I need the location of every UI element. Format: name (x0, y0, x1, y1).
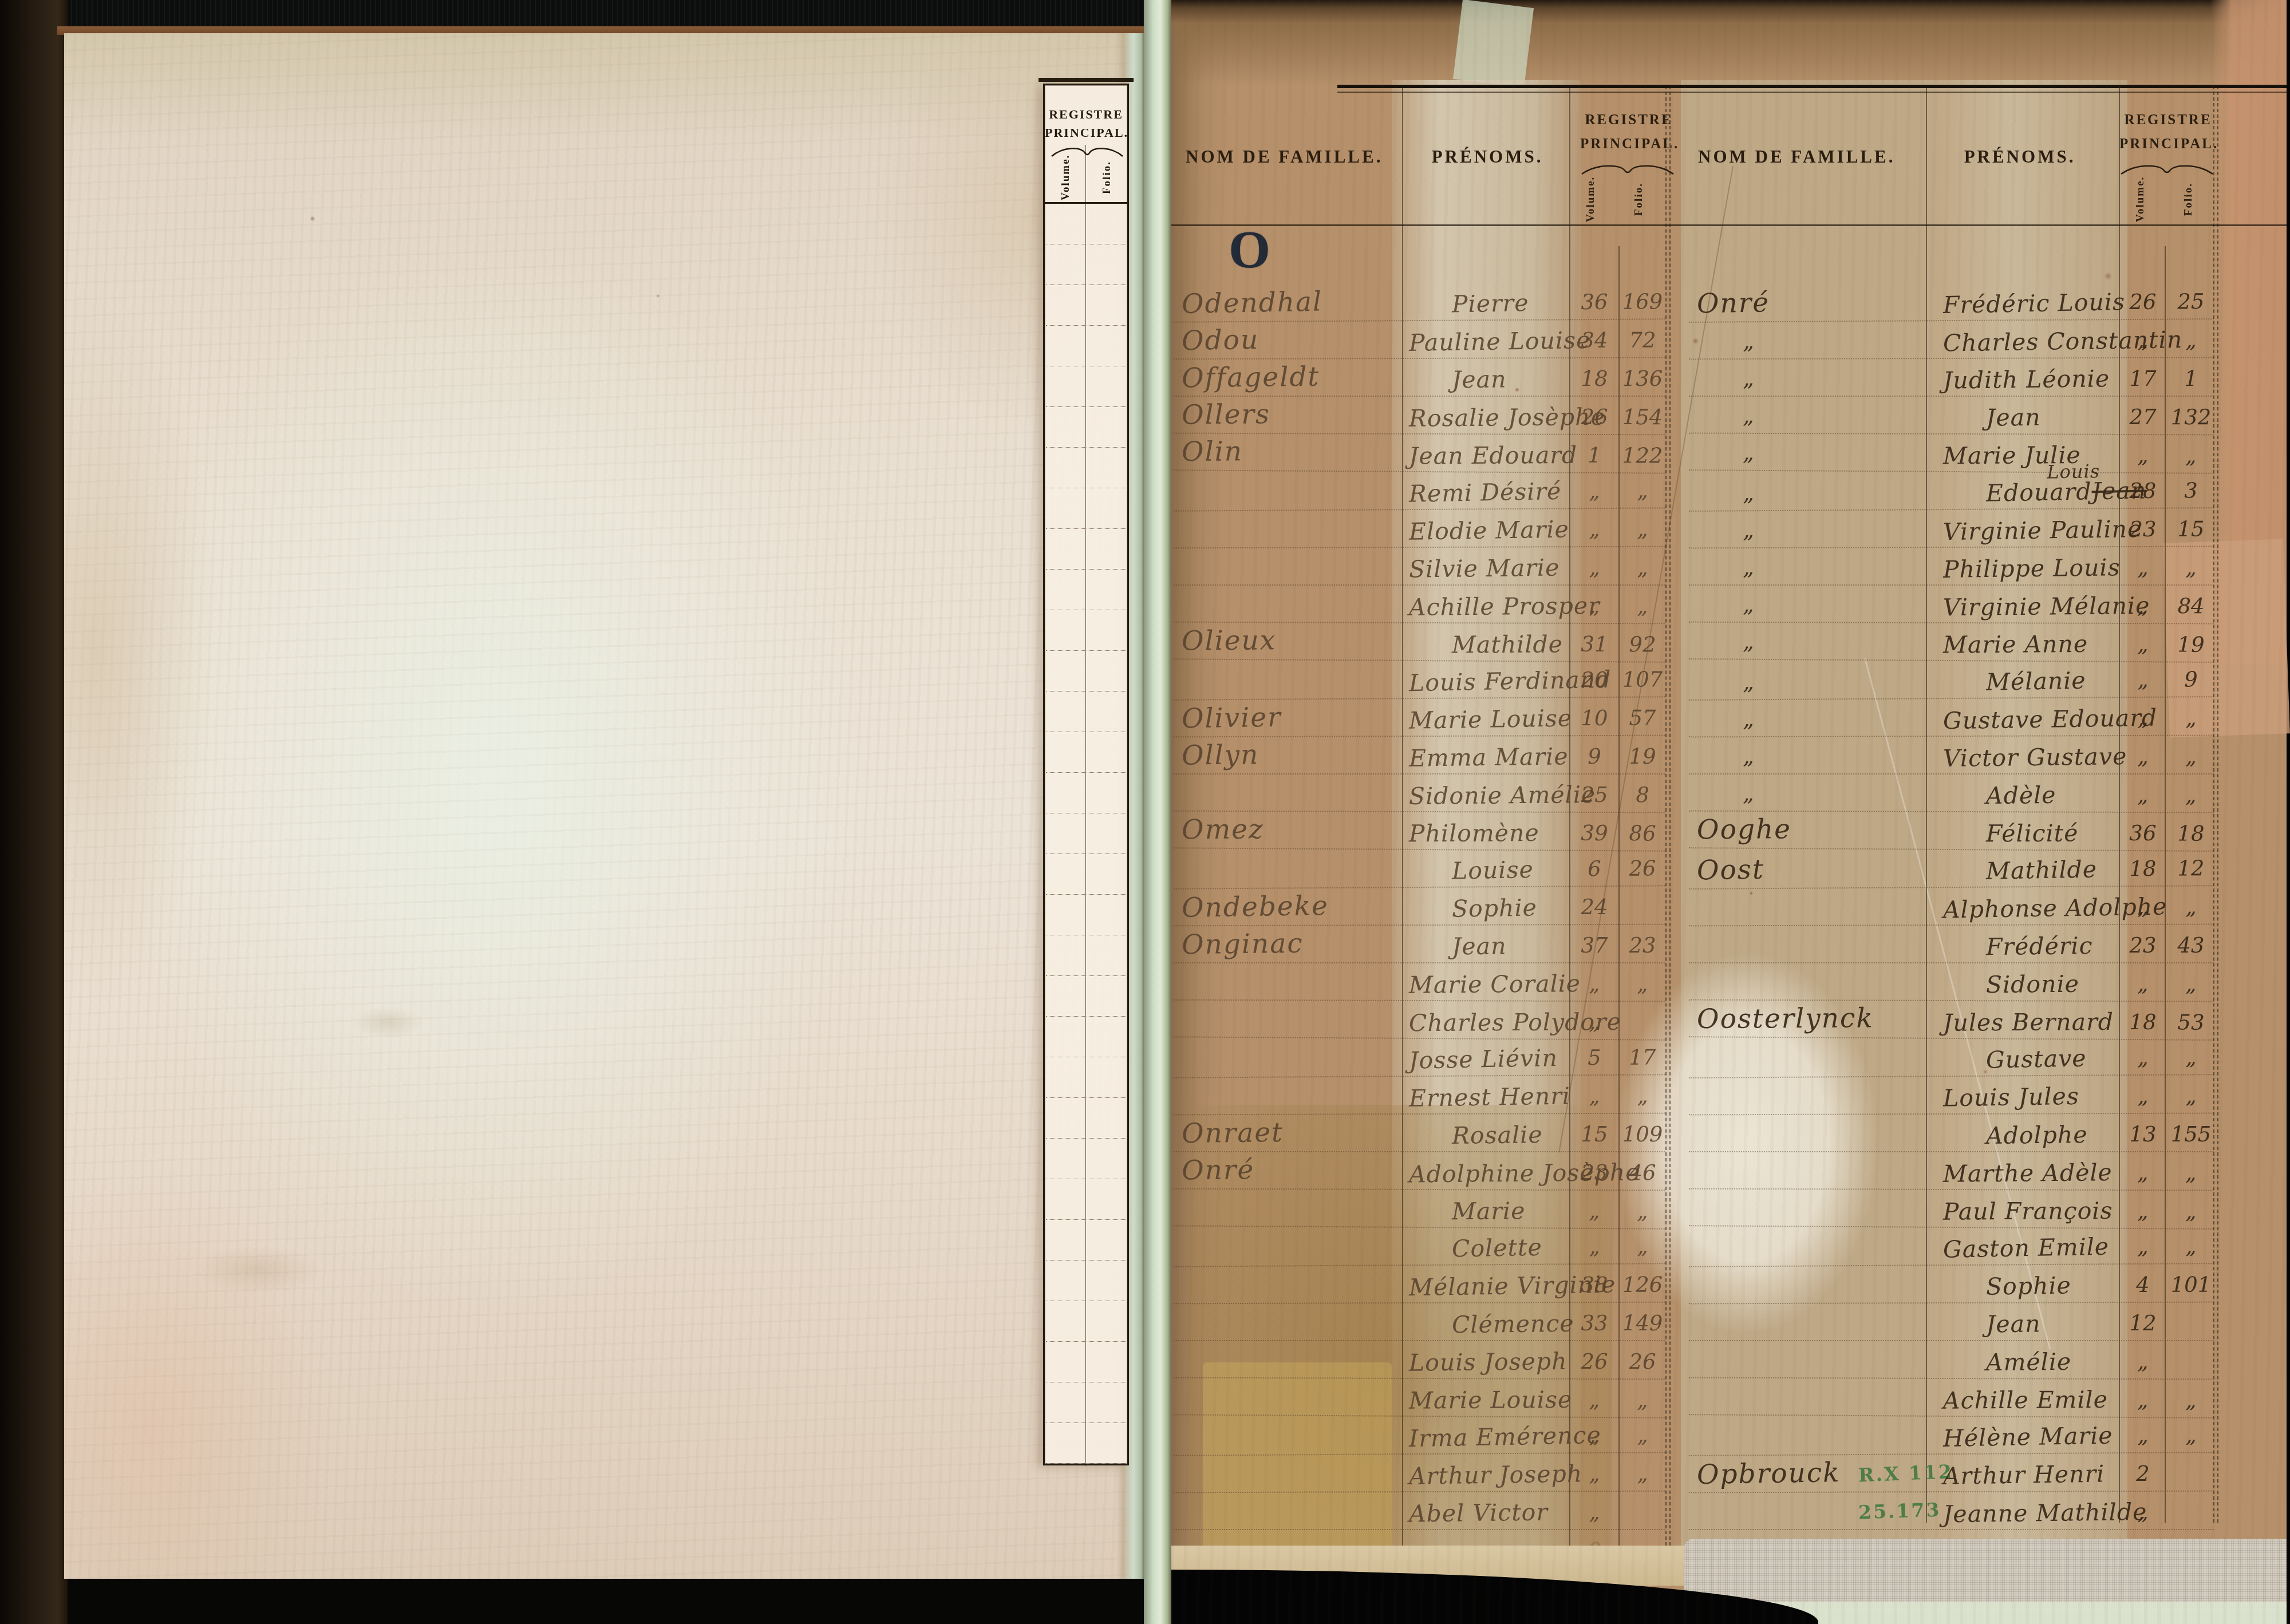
folio-number: 107 (1618, 667, 1667, 692)
given-name: Gustave (1986, 1044, 2087, 1073)
table-top-rule (1337, 85, 2287, 88)
volume-number: 18 (2120, 1010, 2166, 1035)
volume-number: 25 (1570, 783, 1618, 807)
volume-number: 39 (1570, 821, 1618, 846)
empty-grid-row (1045, 1220, 1127, 1261)
section-letter: O (1229, 219, 1270, 280)
table-row: OlieuxMathilde3192 (1171, 622, 1667, 662)
given-name: Clémence (1452, 1310, 1574, 1339)
volume-number: 26 (1570, 1349, 1618, 1374)
green-annotation: 25.173 (1858, 1498, 1941, 1523)
folio-number: „ (1618, 478, 1667, 503)
volume-number: „ (2120, 555, 2166, 580)
volume-number: „ (1570, 594, 1618, 618)
empty-grid-row (1045, 1423, 1127, 1464)
folio-number: „ (2166, 1199, 2216, 1224)
table-row: Irma Emérence„„ (1171, 1415, 1667, 1456)
given-name: Adolphe (1986, 1121, 2088, 1149)
given-name: Arthur Joseph (1409, 1460, 1583, 1490)
folio-number: „ (1618, 555, 1667, 580)
volume-number: 37 (1570, 933, 1618, 958)
given-name: Marie Louise (1409, 1386, 1572, 1414)
volume-number: 38 (1570, 1273, 1618, 1297)
volume-number: 10 (1570, 706, 1618, 730)
given-name: Marie Louise (1409, 704, 1573, 734)
volume-number: „ (2120, 783, 2166, 807)
folio-number: „ (1618, 971, 1667, 996)
volume-number: „ (1570, 1500, 1618, 1524)
folio-number: 25 (2166, 289, 2216, 314)
table-row: Marthe Adèle„„ (1687, 1152, 2216, 1191)
empty-grid-row (1045, 1017, 1127, 1057)
empty-grid-row (1045, 773, 1127, 813)
surname: „ (1743, 440, 1754, 465)
table-row: OnréFrédéric Louis2625 (1687, 282, 2216, 323)
table-row: OlivierMarie Louise1057 (1171, 698, 1667, 738)
table-row: „Marie Anne„19 (1687, 622, 2216, 663)
volume-number: 5 (1570, 1045, 1618, 1070)
given-name: Amélie (1986, 1348, 2072, 1376)
empty-grid-row (1045, 1261, 1127, 1301)
table-row: OnréAdolphine Josèphe2346 (1171, 1152, 1667, 1191)
table-row: Marie Coralie„„ (1171, 963, 1667, 1002)
table-row: OdouPauline Louise3472 (1171, 321, 1667, 360)
surname: „ (1743, 403, 1754, 428)
index-rows-first-half: OdendhalPierre36169OdouPauline Louise347… (1171, 283, 1667, 1568)
book-cover-top-band (0, 0, 1174, 29)
empty-grid-row (1045, 1179, 1127, 1220)
volume-number: 13 (2120, 1122, 2166, 1147)
given-name: Jean (1452, 932, 1507, 960)
table-row: 25.173Jeanne Mathilde„ (1687, 1492, 2216, 1530)
folio-number: 109 (1618, 1122, 1667, 1147)
table-row: Charles Polydore„ (1171, 999, 1667, 1040)
table-top-rule-thin (1337, 92, 2287, 93)
volume-number: 1 (1570, 443, 1618, 468)
surname: Odendhal (1182, 286, 1323, 321)
surname: „ (1743, 706, 1754, 732)
book-gutter (1144, 0, 1172, 1624)
volume-number: 6 (1570, 856, 1618, 882)
given-name: Adèle (1986, 781, 2056, 809)
surname: „ (1743, 592, 1754, 617)
folio-number: 57 (1618, 706, 1667, 730)
surname: „ (1743, 629, 1754, 654)
green-annotation: R.X 112 (1858, 1460, 1953, 1486)
registre-column-top-border (1039, 78, 1134, 82)
volume-number: 27 (2120, 405, 2166, 429)
table-row: „Judith Léonie171 (1687, 359, 2216, 397)
table-row: Jean12 (1687, 1303, 2216, 1341)
volume-number: „ (2120, 1084, 2166, 1108)
given-name: Marie (1452, 1197, 1526, 1225)
empty-grid-row (1045, 651, 1127, 692)
empty-grid-row (1045, 326, 1127, 366)
empty-grid-rows (1045, 204, 1127, 1464)
table-row: Mélanie Virginie38126 (1171, 1265, 1667, 1305)
surname: Oosterlynck (1697, 1002, 1874, 1035)
table-row: Gustave„„ (1687, 1037, 2216, 1078)
volume-number: 31 (1570, 632, 1618, 657)
folio-number: 122 (1618, 443, 1667, 468)
empty-grid-row (1045, 1098, 1127, 1139)
given-name: Achille Emile (1943, 1386, 2108, 1414)
folio-number: „ (1618, 1234, 1667, 1259)
surname: Onraet (1182, 1117, 1284, 1149)
table-row: Louis Jules„„ (1687, 1076, 2216, 1116)
folio-number: 19 (1618, 744, 1667, 769)
empty-grid-row (1045, 204, 1127, 244)
table-row: Louis Ferdinand20107 (1171, 659, 1667, 700)
folio-number: 155 (2166, 1122, 2216, 1147)
folio-label-2: Folio. (2182, 173, 2195, 226)
table-row: Adolphe13155 (1687, 1115, 2216, 1152)
folio-number: „ (1618, 1084, 1667, 1108)
volume-label: Volume. (1060, 153, 1072, 202)
table-row: Sidonie„„ (1687, 963, 2216, 1002)
folio-number: „ (2166, 1084, 2216, 1108)
volume-number: „ (2120, 1160, 2166, 1185)
paper-patch (1453, 0, 1534, 88)
given-name: Paul François (1943, 1197, 2113, 1226)
empty-grid-row (1045, 366, 1127, 407)
volume-number: 18 (1570, 366, 1618, 391)
given-name: Sophie (1986, 1271, 2072, 1300)
given-name: Arthur Henri (1943, 1460, 2105, 1489)
table-row: „Gustave Edouard„„ (1687, 698, 2216, 738)
table-row: Arthur Joseph„„ (1171, 1454, 1667, 1493)
empty-grid-row (1045, 854, 1127, 895)
surname: „ (1743, 781, 1754, 806)
folio-number: „ (1618, 517, 1667, 542)
given-name: Frédéric Louis (1943, 288, 2126, 319)
given-name: Judith Léonie (1943, 365, 2110, 394)
table-row: „Edouard JeanLouis283 (1687, 471, 2216, 512)
given-name: Edouard JeanLouis (1986, 477, 2092, 507)
given-name: Abel Victor (1409, 1499, 1549, 1528)
book-cover-spine (0, 0, 68, 1624)
surname: Opbrouck (1697, 1457, 1841, 1491)
book-scan: REGISTRE PRINCIPAL. Volume. Folio. (0, 0, 2290, 1624)
empty-grid-row (1045, 244, 1127, 285)
index-rows-second-half: OnréFrédéric Louis2625„Charles Constanti… (1687, 283, 2216, 1530)
given-name: Mélanie (1986, 666, 2086, 696)
folio-number: 3 (2166, 478, 2216, 503)
folio-number: 46 (1618, 1160, 1667, 1185)
empty-grid-row (1045, 895, 1127, 935)
folio-number: „ (2166, 1160, 2216, 1185)
given-name: Jules Bernard (1943, 1008, 2114, 1037)
left-page (64, 33, 1144, 1579)
given-name: Jean (1452, 365, 1507, 393)
given-name: Jean (1986, 404, 2041, 432)
table-row: Hélène Marie„„ (1687, 1415, 2216, 1456)
empty-grid-row (1045, 1139, 1127, 1179)
folio-number: „ (2166, 895, 2216, 919)
volume-number: „ (1570, 1234, 1618, 1259)
book-cover-bottom-band (0, 1575, 1174, 1624)
principal-title: PRINCIPAL. (1045, 125, 1127, 140)
table-row: Sidonie Amélie258 (1171, 774, 1667, 813)
surname: Olin (1182, 436, 1243, 468)
registre-title: REGISTRE (1045, 107, 1127, 122)
given-name: Louise (1452, 856, 1534, 885)
folio-number: „ (1618, 1199, 1667, 1224)
folio-number: „ (2166, 1388, 2216, 1413)
table-row: „Mélanie„9 (1687, 659, 2216, 701)
table-row: Clémence33149 (1171, 1303, 1667, 1341)
empty-grid-row (1045, 488, 1127, 529)
surname: Olieux (1182, 625, 1277, 657)
volume-number: 12 (2120, 1311, 2166, 1335)
registre-title-1: REGISTRE (1580, 112, 1677, 128)
folio-number: 9 (2166, 667, 2216, 692)
table-row: OostMathilde1812 (1687, 848, 2216, 890)
volume-number: 0 (1570, 1538, 1618, 1563)
folio-label: Folio. (1101, 153, 1114, 202)
surname: „ (1743, 669, 1754, 694)
folio-number: 86 (1618, 821, 1667, 846)
given-name: Hélène Marie (1943, 1421, 2113, 1452)
column-header-prenoms-1: PRÉNOMS. (1410, 147, 1565, 167)
table-row: Colette„„ (1171, 1226, 1667, 1267)
folio-number: 23 (1618, 933, 1667, 958)
surname: Ondebeke (1182, 890, 1329, 924)
surname: Offageldt (1182, 361, 1320, 394)
volume-number: „ (2120, 443, 2166, 468)
volume-number: 17 (2120, 366, 2166, 391)
table-row: OosterlynckJules Bernard1853 (1687, 999, 2216, 1041)
table-row: Gaston Emile„„ (1687, 1226, 2216, 1267)
given-name: Silvie Marie (1409, 554, 1560, 583)
folio-number: 1 (2166, 366, 2216, 391)
folio-number: „ (2166, 443, 2216, 468)
table-row: Ernest Henri„„ (1171, 1076, 1667, 1116)
column-header-prenoms-2: PRÉNOMS. (1942, 147, 2097, 167)
table-row: „Virginie Mélanie„84 (1687, 585, 2216, 625)
given-name: Virginie Mélanie (1943, 592, 2150, 621)
folio-number: „ (2166, 744, 2216, 769)
torn-paper-top (1171, 0, 2287, 86)
surname: Onré (1182, 1154, 1255, 1186)
folio-number: 15 (2166, 517, 2216, 542)
folio-number: „ (1618, 594, 1667, 618)
volume-number: „ (1570, 1010, 1618, 1035)
empty-grid-row (1045, 1057, 1127, 1098)
table-row: „Marie Julie„„ (1687, 433, 2216, 474)
table-row: Amélie„ (1687, 1341, 2216, 1380)
table-row: Louise626 (1171, 848, 1667, 889)
volume-number: 24 (1570, 895, 1618, 919)
volume-number: „ (2120, 1045, 2166, 1070)
table-row: OlinJean Edouard1122 (1171, 433, 1667, 473)
empty-grid-row (1045, 976, 1127, 1017)
volume-number: „ (2120, 706, 2166, 730)
empty-grid-row (1045, 935, 1127, 976)
folio-number: 12 (2166, 856, 2216, 881)
table-row: Frédéric2343 (1687, 926, 2216, 963)
folio-number: 136 (1618, 366, 1667, 391)
given-name: Colette (1452, 1234, 1543, 1263)
empty-grid-row (1045, 448, 1127, 488)
surname: Olivier (1182, 702, 1282, 735)
brace-glyph (2118, 162, 2216, 177)
empty-grid-row (1045, 732, 1127, 773)
surname: Omez (1182, 813, 1264, 845)
volume-number: „ (1570, 1084, 1618, 1108)
surname: Oost (1697, 854, 1765, 886)
table-row: Abel Victor„ (1171, 1492, 1667, 1530)
volume-number: 33 (1570, 1311, 1618, 1335)
volume-number: 23 (1570, 1160, 1618, 1185)
volume-number: 28 (2120, 479, 2166, 504)
table-row: OpbrouckR.X 112Arthur Henri2 (1687, 1454, 2216, 1493)
folio-number: „ (2166, 1234, 2216, 1259)
surname: Ollers (1182, 398, 1270, 430)
given-name: Sidonie Amélie (1409, 781, 1596, 810)
given-name: Frédéric (1986, 932, 2093, 961)
table-row: OnginacJean3723 (1171, 926, 1667, 963)
given-name: Emma Marie (1409, 742, 1569, 772)
given-name: Jean (1986, 1310, 2041, 1338)
volume-number: „ (2120, 971, 2166, 996)
folio-number: 17 (1618, 1045, 1667, 1070)
surname: Onré (1697, 287, 1770, 319)
empty-grid-row (1045, 407, 1127, 448)
surname: „ (1743, 555, 1754, 580)
volume-number: 20 (1570, 667, 1618, 693)
volume-number: 15 (1570, 1122, 1618, 1147)
volume-number: 4 (2120, 1273, 2166, 1297)
folio-number: 26 (1618, 1349, 1667, 1374)
principal-title-2: PRINCIPAL. (2119, 136, 2217, 152)
folio-number: 92 (1618, 632, 1667, 657)
empty-grid-row (1045, 285, 1127, 326)
surname: Odou (1182, 324, 1259, 357)
table-row: Remi Désiré„„ (1171, 471, 1667, 511)
volume-number: „ (1570, 517, 1618, 542)
volume-label-1: Volume. (1585, 173, 1597, 226)
given-name: Louis Jules (1943, 1082, 2079, 1112)
volume-number: „ (2120, 744, 2166, 769)
folio-number: „ (1618, 1423, 1667, 1448)
given-name: Virginie Pauline (1943, 515, 2142, 546)
folio-number: 8 (1618, 783, 1667, 807)
given-name: Marie Coralie (1409, 970, 1581, 999)
volume-label-2: Volume. (2134, 173, 2147, 226)
volume-number: 23 (2120, 517, 2166, 542)
given-name: Jean Edouard (1409, 441, 1577, 470)
surname: „ (1743, 329, 1754, 354)
folio-number: 84 (2166, 594, 2216, 618)
table-row: „Charles Constantin„„ (1687, 321, 2216, 360)
registre-principal-column: REGISTRE PRINCIPAL. Volume. Folio. (1043, 84, 1129, 1465)
folio-number: „ (2166, 1423, 2216, 1448)
volume-number: „ (1570, 479, 1618, 504)
given-name: Ernest Henri (1409, 1082, 1571, 1112)
paper-patch (2210, 0, 2287, 664)
table-row: Marie Louise„„ (1171, 1377, 1667, 1418)
volume-number: „ (1570, 1199, 1618, 1224)
folio-number: 26 (1618, 856, 1667, 881)
volume-number: „ (2120, 667, 2166, 693)
folio-number: „ (2166, 1045, 2216, 1070)
table-row: Silvie Marie„„ (1171, 548, 1667, 586)
folio-number: 19 (2166, 632, 2216, 657)
table-row: Achille Emile„„ (1687, 1377, 2216, 1418)
folio-number: 72 (1618, 328, 1667, 353)
folio-number: 154 (1618, 405, 1667, 429)
given-name: Elodie Marie (1409, 515, 1569, 545)
folio-number: „ (1618, 1388, 1667, 1413)
table-row: Marie„„ (1171, 1188, 1667, 1229)
volume-number: 18 (2120, 856, 2166, 882)
volume-number: 23 (2120, 933, 2166, 958)
folio-number: 149 (1618, 1311, 1667, 1335)
table-row: „Jean27132 (1687, 396, 2216, 436)
folio-number: „ (1618, 1461, 1667, 1486)
table-row: „Victor Gustave„„ (1687, 737, 2216, 775)
given-name: Remi Désiré (1409, 477, 1562, 508)
given-name: Rosalie (1452, 1121, 1543, 1149)
volume-number: „ (1570, 1388, 1618, 1413)
folio-number: 18 (2166, 821, 2216, 846)
volume-number: „ (1570, 1423, 1618, 1448)
folio-number: „ (2166, 555, 2216, 580)
folio-label-1: Folio. (1633, 173, 1645, 226)
given-name: Victor Gustave (1943, 742, 2127, 772)
surname: „ (1743, 517, 1754, 543)
given-name: Sophie (1452, 894, 1538, 922)
empty-grid-row (1045, 813, 1127, 854)
empty-grid-row (1045, 1342, 1127, 1382)
surname: Ooghe (1697, 813, 1791, 845)
empty-grid-row (1045, 692, 1127, 732)
volume-number: „ (2120, 1234, 2166, 1259)
inserted-name: Louis (2047, 460, 2100, 483)
table-row: OndebekeSophie24 (1171, 887, 1667, 927)
given-name: Philippe Louis (1943, 554, 2121, 583)
table-row: OogheFélicité3618 (1687, 811, 2216, 852)
folio-number: „ (2166, 706, 2216, 730)
table-row: OllersRosalie Josèphe26154 (1171, 396, 1667, 436)
volume-number: „ (2120, 1199, 2166, 1224)
volume-number: 26 (2120, 290, 2166, 315)
empty-grid-row (1045, 529, 1127, 570)
volume-number: 36 (2120, 821, 2166, 846)
column-header-nom-1: NOM DE FAMILLE. (1186, 147, 1380, 167)
table-row: 0 (1171, 1530, 1667, 1569)
given-name: Marie Anne (1943, 630, 2088, 659)
table-row: Elodie Marie„„ (1171, 509, 1667, 549)
table-row: „Virginie Pauline2315 (1687, 509, 2216, 549)
surname: Ollyn (1182, 739, 1259, 772)
volume-number: „ (1570, 555, 1618, 580)
table-row: OdendhalPierre36169 (1171, 282, 1667, 322)
table-row: Paul François„„ (1687, 1188, 2216, 1230)
volume-number: „ (1570, 1461, 1618, 1486)
surname: „ (1743, 480, 1754, 505)
volume-number: „ (2120, 1423, 2166, 1448)
folio-number: 43 (2166, 933, 2216, 958)
folio-number: 126 (1618, 1273, 1667, 1297)
volume-number: 36 (1570, 290, 1618, 315)
volume-number: 26 (1570, 405, 1618, 429)
surname: „ (1743, 744, 1754, 769)
table-row: OffageldtJean18136 (1171, 359, 1667, 397)
given-name: Sidonie (1986, 970, 2079, 998)
table-row: Alphonse Adolphe„„ (1687, 887, 2216, 927)
